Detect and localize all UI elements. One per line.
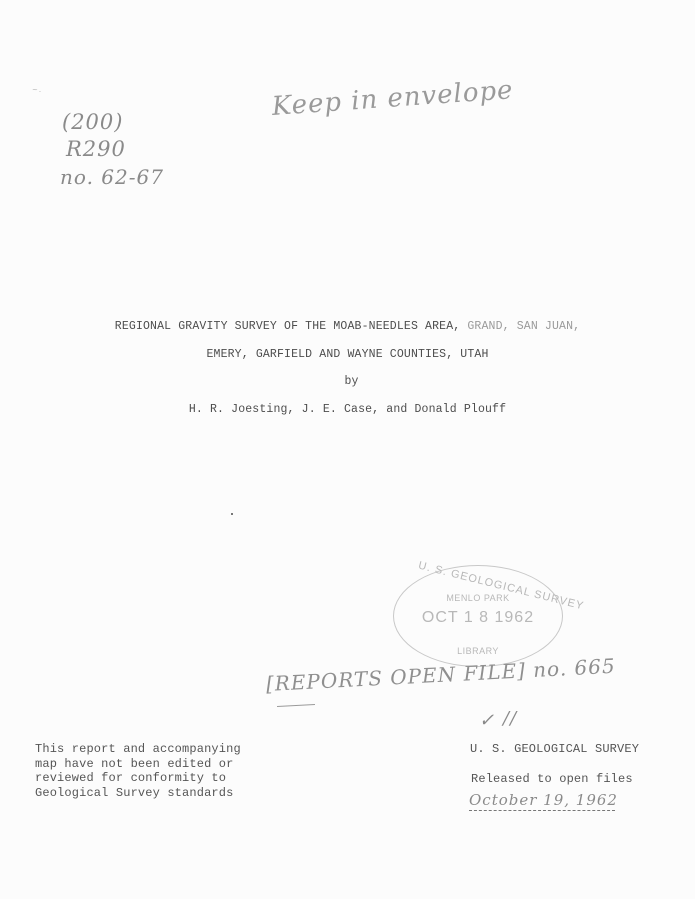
handwritten-note: Keep in envelope bbox=[271, 75, 514, 122]
check-mark-icon: ✓ bbox=[479, 710, 495, 731]
stamp-library: LIBRARY bbox=[394, 646, 562, 656]
stamp-city: MENLO PARK bbox=[394, 593, 562, 603]
release-date: October 19, 1962 bbox=[469, 791, 615, 811]
authors: H. R. Joesting, J. E. Case, and Donald P… bbox=[0, 403, 695, 416]
call-number-line-1: (200) bbox=[62, 110, 123, 134]
double-check-mark-icon: // bbox=[503, 708, 517, 729]
title-line-1-main: REGIONAL GRAVITY SURVEY OF THE MOAB-NEED… bbox=[115, 320, 461, 333]
reports-underline bbox=[277, 704, 315, 707]
corner-pencil-mark: ~. bbox=[32, 86, 42, 94]
by-line: by bbox=[0, 375, 695, 388]
document-page: ~. (200) R290 no. 62-67 Keep in envelope… bbox=[0, 0, 695, 899]
disclaimer-notice: This report and accompanying map have no… bbox=[35, 742, 241, 800]
stamp-date: OCT 1 8 1962 bbox=[394, 609, 562, 627]
stamp-agency: U. S. GEOLOGICAL SURVEY bbox=[417, 560, 585, 613]
agency-name: U. S. GEOLOGICAL SURVEY bbox=[470, 742, 639, 756]
call-number-line-3: no. 62-67 bbox=[60, 165, 164, 189]
title-line-1-faded: GRAND, SAN JUAN, bbox=[460, 320, 580, 333]
library-stamp: U. S. GEOLOGICAL SURVEY MENLO PARK OCT 1… bbox=[393, 565, 563, 667]
call-number-line-2: R290 bbox=[66, 137, 126, 161]
title-line-2: EMERY, GARFIELD AND WAYNE COUNTIES, UTAH bbox=[0, 348, 695, 361]
release-statement: Released to open files bbox=[471, 772, 633, 786]
speck bbox=[231, 513, 233, 515]
title-line-1: REGIONAL GRAVITY SURVEY OF THE MOAB-NEED… bbox=[0, 320, 695, 333]
